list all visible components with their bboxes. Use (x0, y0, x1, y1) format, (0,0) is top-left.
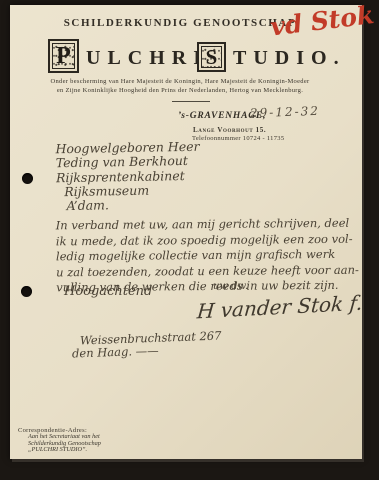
footer-line: „PULCHRI STUDIO”. (28, 447, 101, 454)
recipient-city: A’dam. (56, 197, 200, 214)
correspondence-footer: Correspondentie-Adres: Aan het Secretari… (18, 427, 101, 454)
handwritten-date: 29-12-32 (250, 104, 320, 120)
punch-hole-top (22, 173, 33, 184)
closing-salutation: Hoogachtend (64, 284, 152, 299)
patronage-line-1: Onder bescherming van Hare Majesteit de … (10, 78, 350, 85)
patronage-line-2: en Zijne Koninklijke Hoogheid den Prins … (10, 87, 350, 94)
title-word-pulchri: ULCHRI (86, 47, 208, 70)
printed-street: Lange Voorhout 15. (193, 126, 266, 134)
title-word-studio: TUDIO. (233, 47, 346, 70)
header-divider (172, 101, 210, 102)
punch-hole-bottom (21, 286, 32, 297)
ornate-initial-s: S (197, 42, 226, 72)
printed-phone: Telefoonnummer 10724 - 11735 (192, 135, 284, 142)
scanned-letter-page: SCHILDERKUNDIG GENOOTSCHAP vd Stok P ULC… (0, 0, 379, 480)
ornate-initial-p: P (48, 39, 79, 73)
valediction: uw dw. (213, 281, 248, 292)
recipient-address-block: Hoogwelgeboren Heer Teding van Berkhout … (55, 140, 200, 214)
